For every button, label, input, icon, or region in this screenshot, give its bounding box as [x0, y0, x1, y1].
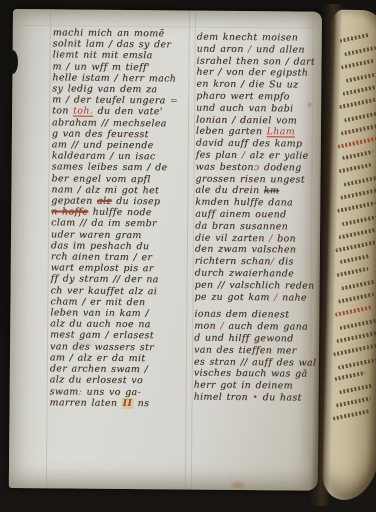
- ink-text: nam / alz mi got het: [51, 184, 159, 196]
- rubric-text: km: [264, 186, 279, 197]
- ink-text: leben garten: [196, 126, 267, 138]
- rubric-text: Lham: [267, 127, 295, 138]
- ink-text: ber engel vom apfl: [51, 173, 150, 185]
- ink-text: m / un wff m tieff': [52, 61, 149, 73]
- ink-text: auff ainem ouend: [195, 209, 286, 221]
- manuscript-page: machi mich an momēsolnit lam / das sy de…: [9, 9, 322, 491]
- ink-text: clam // da im sembr: [51, 218, 157, 230]
- ink-text: dodeng: [259, 162, 301, 173]
- ink-text: herr got in deinem: [194, 380, 293, 392]
- ink-text: auch dem gana: [224, 321, 308, 333]
- ink-text: van des tieffen mer: [194, 344, 297, 356]
- manuscript-line: her / von der egipsth: [196, 67, 322, 80]
- manuscript-line: grossen risen ungest: [195, 173, 321, 186]
- manuscript-line: pharo wert empfo: [196, 91, 322, 104]
- ink-text: am // und peinende: [52, 139, 154, 151]
- ink-text: cham / er mit den: [50, 296, 145, 308]
- ink-text: m / der teufel ungera: [52, 95, 170, 107]
- facing-page-text-line: [340, 188, 376, 199]
- facing-page-text-line: [344, 176, 376, 187]
- manuscript-line: die vil zarten / bon: [195, 232, 321, 245]
- ink-text: ns: [133, 398, 149, 409]
- ink-text: marren laten: [50, 397, 122, 409]
- manuscript-line: es stran // auff des wal: [194, 356, 320, 369]
- ink-text: abraham // mechselea: [52, 117, 167, 129]
- manuscript-line: visches bauch was gā: [194, 368, 320, 381]
- manuscript-line: pen // valschlich reden: [195, 279, 321, 292]
- ink-text: und aron: [197, 43, 248, 54]
- manuscript-line: en kron / die Su uz: [196, 79, 322, 92]
- ink-text: hulffe node: [88, 207, 152, 219]
- manuscript-line: d und hilff gewond: [194, 333, 320, 346]
- ink-text: uns vo ga: [82, 386, 137, 397]
- manuscript-line: lonian / daniel vom: [196, 114, 322, 127]
- manuscript-line: dem knecht moisen: [197, 32, 323, 45]
- facing-page-text-line: [339, 384, 372, 395]
- ink-text: kmden hulffe dana: [195, 197, 293, 209]
- facing-page-text-line: [344, 46, 376, 56]
- ink-text: gepaten: [51, 195, 97, 206]
- facing-page-text-line: [346, 72, 376, 83]
- manuscript-line: richtern schan/ dis: [195, 256, 321, 269]
- paper-stain: [229, 480, 247, 490]
- ink-text: uder waren gram: [51, 229, 142, 241]
- facing-page-text-line: [340, 318, 376, 330]
- manuscript-line: ionas dem dienest: [194, 309, 320, 322]
- facing-page-text-line: [339, 163, 372, 174]
- facing-page-text-line: [342, 214, 376, 226]
- ink-text: sy ledig van dem za: [52, 83, 157, 95]
- facing-page-text-line: [341, 123, 376, 136]
- facing-page-text-line: [338, 292, 374, 303]
- ink-text: kaldearam / un isac: [52, 151, 156, 163]
- manuscript-line: fes plan / alz er yalie: [196, 150, 322, 163]
- ink-text: david auff des kamp: [196, 138, 303, 150]
- ink-text: pharo wert empfo: [196, 91, 290, 103]
- ink-text: ch ver kauffet alz ai: [50, 285, 157, 297]
- facing-page-text-line: [342, 84, 376, 96]
- ink-text: wart emplost pis ar: [51, 263, 154, 275]
- ink-text: mest gam / erlasest: [50, 330, 154, 342]
- facing-page-text-line: [335, 239, 376, 252]
- ink-text: alz du auch noe na: [50, 319, 151, 331]
- ink-text: alz du erlosest vo: [50, 375, 143, 387]
- ink-text: was beston: [196, 161, 254, 173]
- ink-text: die vil zarten: [195, 232, 269, 244]
- ink-text: ale du drein: [195, 185, 263, 197]
- ink-text: mon: [194, 321, 220, 332]
- facing-page-text-line: [339, 227, 376, 240]
- facing-page-text-line: [336, 331, 376, 344]
- ink-text: ton: [52, 106, 73, 117]
- ink-text: alz er yalie: [245, 150, 308, 162]
- ink-text: israhel then son / dart: [197, 55, 316, 67]
- ink-text: richtern schan: [195, 256, 271, 268]
- facing-page-text-line: [333, 344, 376, 357]
- ink-text: leben van in kam /: [50, 307, 149, 319]
- ink-text: himel tron: [194, 391, 253, 403]
- manuscript-line: den zwam valschen: [195, 244, 321, 257]
- ink-text: fes plan: [196, 150, 242, 161]
- facing-page-text-line: [335, 305, 373, 317]
- manuscript-line: leben garten Lham: [196, 126, 322, 139]
- ink-text: dis: [274, 256, 294, 267]
- facing-page-text-line: [341, 280, 375, 291]
- facing-page-text-line: [344, 110, 376, 123]
- rubric-text: =: [170, 96, 178, 107]
- facing-page-text-line: [342, 150, 373, 160]
- rubric-text: toh.: [73, 106, 93, 117]
- manuscript-line: ale du drein km: [195, 185, 321, 198]
- ink-text: visches bauch was gā: [194, 368, 308, 380]
- manuscript-line: was bestonɔ dodeng: [196, 161, 322, 174]
- rubric-text: -: [137, 387, 141, 398]
- facing-page-text-line: [333, 409, 370, 420]
- ink-text: g van des feuresst: [52, 128, 149, 140]
- ink-text: lonian / daniel vom: [196, 114, 297, 126]
- ink-text: her / von der egipsth: [196, 67, 308, 79]
- facing-page-text-line: [341, 59, 375, 70]
- ink-text: pen // valschlich reden: [195, 279, 315, 291]
- ink-text: liemt nit mit emsla: [53, 50, 153, 62]
- ink-text: bon: [273, 233, 296, 244]
- rubric-text: alz: [97, 196, 112, 207]
- ink-text: helle istam / herr mach: [52, 72, 176, 84]
- ink-text: grossen risen ungest: [195, 173, 304, 185]
- ink-text: solnit lam / das sy der: [53, 39, 172, 51]
- facing-page-text-line: [337, 267, 369, 277]
- ink-text: der archen swam /: [50, 363, 148, 375]
- manuscript-line: durch zwaierhande: [195, 268, 321, 281]
- photograph-background: machi mich an momēsolnit lam / das sy de…: [0, 0, 376, 512]
- manuscript-line: und aron / und allen: [197, 43, 323, 56]
- manuscript-line: pe zu got kam / nahe: [194, 291, 320, 304]
- ink-text: du iosep: [112, 196, 161, 207]
- ink-text: van des wassers str: [50, 341, 154, 353]
- ink-text: rch ainen tram / er: [51, 251, 153, 263]
- manuscript-line: herr got in deinem: [194, 380, 320, 393]
- rubric-text: n hoffe: [51, 207, 88, 218]
- ink-text: da bran susannen: [195, 220, 288, 232]
- ink-text: dem knecht moisen: [197, 32, 299, 44]
- facing-page-text-line: [337, 135, 376, 148]
- facing-page-text-line: [339, 33, 369, 43]
- ink-text: ff dy stram // der na: [51, 274, 159, 286]
- facing-page-text-line: [339, 97, 376, 109]
- ink-text: machi mich an momē: [53, 27, 165, 39]
- facing-page-text-line: [337, 201, 376, 213]
- ink-text: du den vate': [93, 106, 163, 118]
- rubric-text: II: [122, 398, 134, 409]
- manuscript-line: david auff des kamp: [196, 138, 322, 151]
- ink-text: den zwam valschen: [195, 244, 296, 256]
- ink-text: am / alz er da mit: [50, 352, 146, 364]
- facing-page-text-line: [340, 254, 370, 264]
- ink-text: es stran // auff des wal: [194, 356, 316, 368]
- facing-page-text-line: [336, 396, 371, 407]
- ink-text: und allen: [252, 44, 305, 55]
- manuscript-line: und auch van babi: [196, 102, 322, 115]
- ink-text: durch zwaierhande: [195, 268, 294, 280]
- ink-text: d und hilff gewond: [194, 333, 294, 345]
- text-column-left: machi mich an momēsolnit lam / das sy de…: [50, 27, 191, 409]
- manuscript-line: marren laten II ns: [50, 397, 188, 409]
- facing-page-text-line: [338, 356, 376, 369]
- manuscript-line: auff ainem ouend: [195, 209, 321, 222]
- ink-text: und auch van babi: [196, 102, 293, 114]
- manuscript-line: da bran susannen: [195, 220, 321, 233]
- manuscript-line: himel tron • du hast: [194, 391, 320, 404]
- ink-text: ionas dem dienest: [194, 309, 289, 321]
- text-column-right: dem knecht moisenund aron / und allenisr…: [194, 32, 323, 405]
- ink-text: das im peshach du: [51, 240, 149, 252]
- ink-text: swam: [50, 386, 79, 397]
- ink-text: sames leibes sam / de: [52, 162, 168, 174]
- facing-page-text-line: [334, 371, 365, 381]
- ink-text: nahe: [278, 292, 307, 303]
- ink-text: pe zu got kam: [194, 291, 274, 303]
- ink-text: en kron / die Su uz: [196, 79, 298, 91]
- manuscript-line: mon / auch dem gana: [194, 321, 320, 334]
- manuscript-line: kmden hulffe dana: [195, 197, 321, 210]
- ink-text: du hast: [258, 392, 302, 403]
- manuscript-line: van des tieffen mer: [194, 344, 320, 357]
- manuscript-line: israhel then son / dart: [197, 55, 323, 68]
